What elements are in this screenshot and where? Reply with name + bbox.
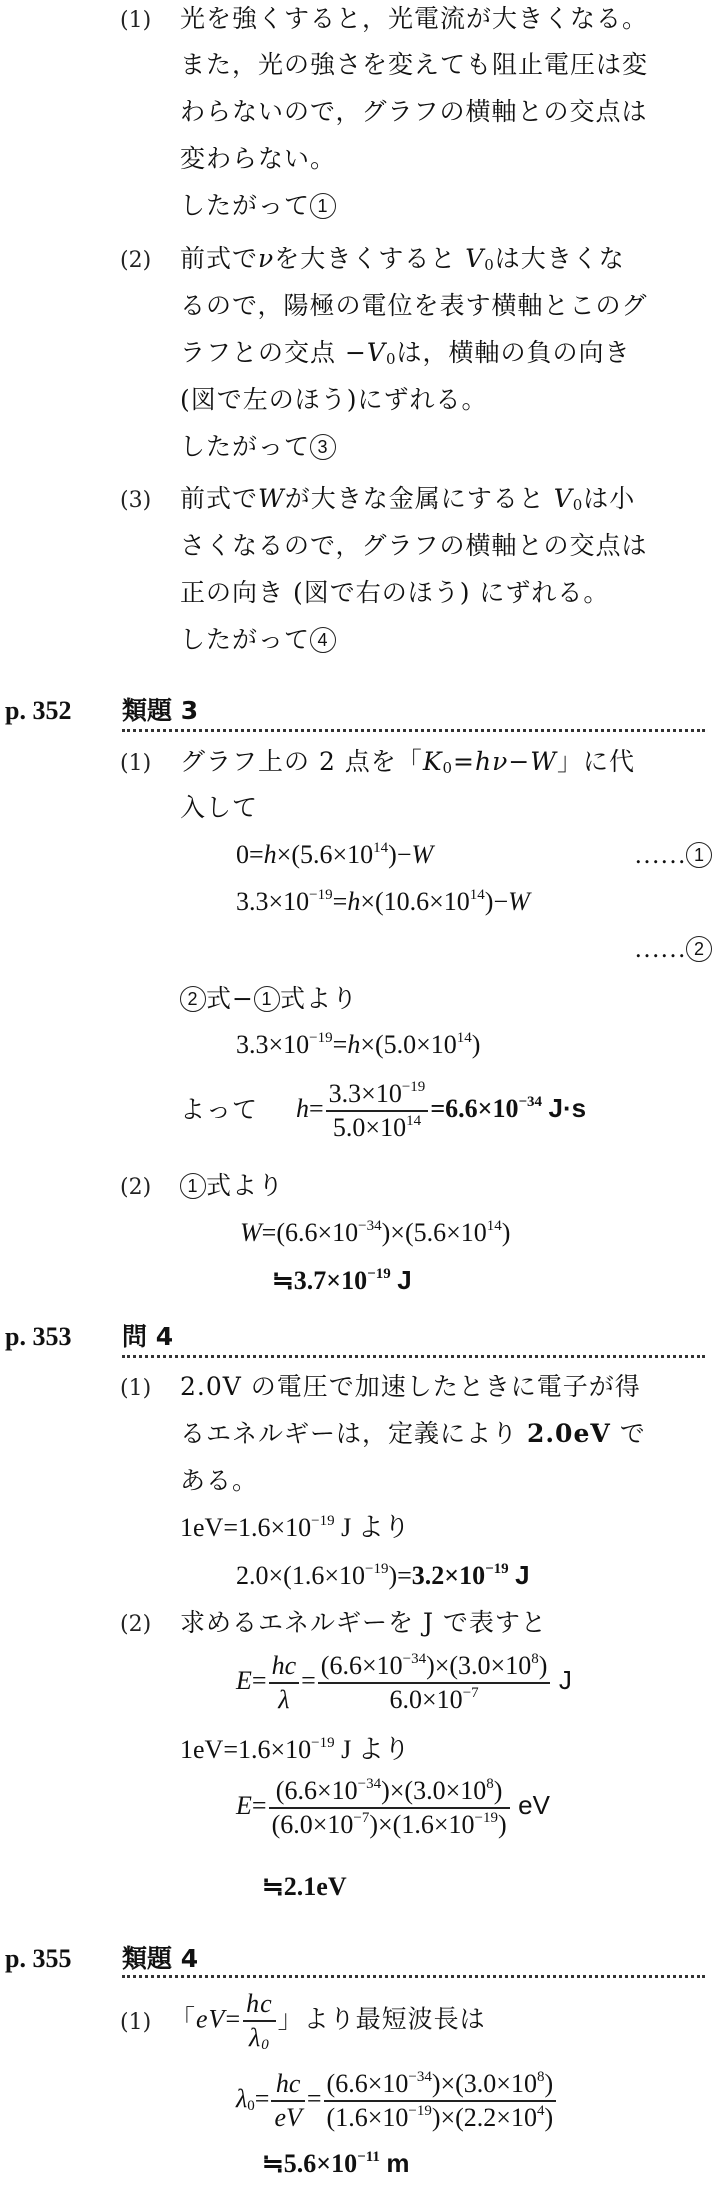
- equation-E-joules: E=hcλ=(6.6×10−34)×(3.0×108)6.0×10−7 J: [236, 1650, 572, 1716]
- equation-tag-2: ……2: [634, 934, 712, 964]
- body-line: 前式でWが大きな金属にすると V0は小: [180, 484, 635, 514]
- reference-note: 1式より: [180, 1171, 284, 1201]
- equation-tag-1: ……1: [634, 840, 712, 870]
- body-line: ある。: [180, 1466, 258, 1496]
- equation-E-eV: E=(6.6×10−34)×(3.0×108)(6.0×10−7)×(1.6×1…: [236, 1775, 550, 1841]
- body-line: 求めるエネルギーを J で表すと: [180, 1608, 547, 1638]
- item-number: (1): [120, 749, 151, 779]
- circled-number-1: 1: [254, 986, 280, 1012]
- body-line: 光を強くすると，光電流が大きくなる。: [180, 4, 648, 34]
- item-number: (1): [120, 6, 151, 36]
- body-line: 入して: [180, 793, 258, 823]
- dotted-divider: [122, 1975, 705, 1978]
- conclusion-line: したがって4: [180, 625, 336, 655]
- circled-number-2: 2: [686, 936, 712, 962]
- body-line: 正の向き (図で右のほう) にずれる。: [180, 578, 609, 608]
- item-number: (1): [120, 1374, 151, 1404]
- item-number: (1): [120, 2008, 151, 2038]
- body-line: 2.0V の電圧で加速したときに電子が得: [180, 1372, 641, 1402]
- equation-1: 0=h×(5.6×1014)−W: [236, 840, 433, 870]
- section-title: 問 4: [122, 1320, 173, 1354]
- body-line: また，光の強さを変えても阻止電圧は変: [180, 50, 648, 80]
- page-reference: p. 355: [5, 1942, 71, 1976]
- body-line: 前式でνを大きくすると V0は大きくな: [180, 244, 625, 274]
- circled-number-1: 1: [686, 842, 712, 868]
- result-label: よって: [180, 1095, 258, 1125]
- equation-3: 3.3×10−19=h×(5.0×1014): [236, 1030, 480, 1060]
- body-line-formula: 「eV=hcλ0」より最短波長は: [170, 1988, 486, 2054]
- result-equation-h: h=3.3×10−195.0×1014=6.6×10−34 J·s: [296, 1078, 586, 1144]
- equation-2: 3.3×10−19=h×(10.6×1014)−W: [236, 887, 530, 917]
- result-lambda0: ≒5.6×10−11 m: [262, 2148, 410, 2179]
- equation-W: W=(6.6×10−34)×(5.6×1014): [240, 1218, 510, 1248]
- body-line: 変わらない。: [180, 144, 336, 174]
- conclusion-line: したがって3: [180, 432, 336, 462]
- circled-number-1: 1: [310, 193, 336, 219]
- section-title: 類題 3: [122, 694, 198, 728]
- conversion-line: 1eV=1.6×10−19 J より: [180, 1735, 410, 1765]
- result-eV: ≒2.1eV: [262, 1872, 347, 1902]
- item-number: (3): [120, 486, 151, 516]
- body-line: るエネルギーは，定義により 2.0eV で: [180, 1419, 646, 1449]
- body-line: ラフとの交点 −V0は，横軸の負の向き: [180, 338, 631, 368]
- conversion-line: 1eV=1.6×10−19 J より: [180, 1513, 410, 1543]
- item-number: (2): [120, 1173, 151, 1203]
- body-line: (図で左のほう)にずれる。: [180, 385, 488, 415]
- section-title: 類題 4: [122, 1942, 198, 1976]
- body-line: わらないので，グラフの横軸との交点は: [180, 97, 648, 127]
- circled-number-4: 4: [310, 627, 336, 653]
- circled-number-3: 3: [310, 434, 336, 460]
- circled-number-2: 2: [180, 986, 206, 1012]
- conclusion-line: したがって1: [180, 191, 336, 221]
- body-line: るので，陽極の電位を表す横軸とこのグ: [180, 291, 648, 321]
- equation-lambda0: λ0=hceV=(6.6×10−34)×(3.0×108)(1.6×10−19)…: [236, 2068, 558, 2134]
- item-number: (2): [120, 1610, 151, 1640]
- circled-number-1: 1: [180, 1173, 206, 1199]
- result-W: ≒3.7×10−19 J: [272, 1265, 412, 1296]
- body-line: さくなるので，グラフの横軸との交点は: [180, 531, 648, 561]
- page-reference: p. 353: [5, 1320, 71, 1354]
- item-number: (2): [120, 246, 151, 276]
- calculation-line: 2.0×(1.6×10−19)=3.2×10−19 J: [236, 1560, 530, 1591]
- dotted-divider: [122, 1355, 705, 1358]
- conclusion-text: したがって: [180, 191, 310, 220]
- page-reference: p. 352: [5, 694, 71, 728]
- body-line: グラフ上の 2 点を「K0=hν−W」に代: [180, 747, 635, 777]
- dotted-divider: [122, 729, 705, 732]
- subtraction-note: 2式−1式より: [180, 984, 358, 1014]
